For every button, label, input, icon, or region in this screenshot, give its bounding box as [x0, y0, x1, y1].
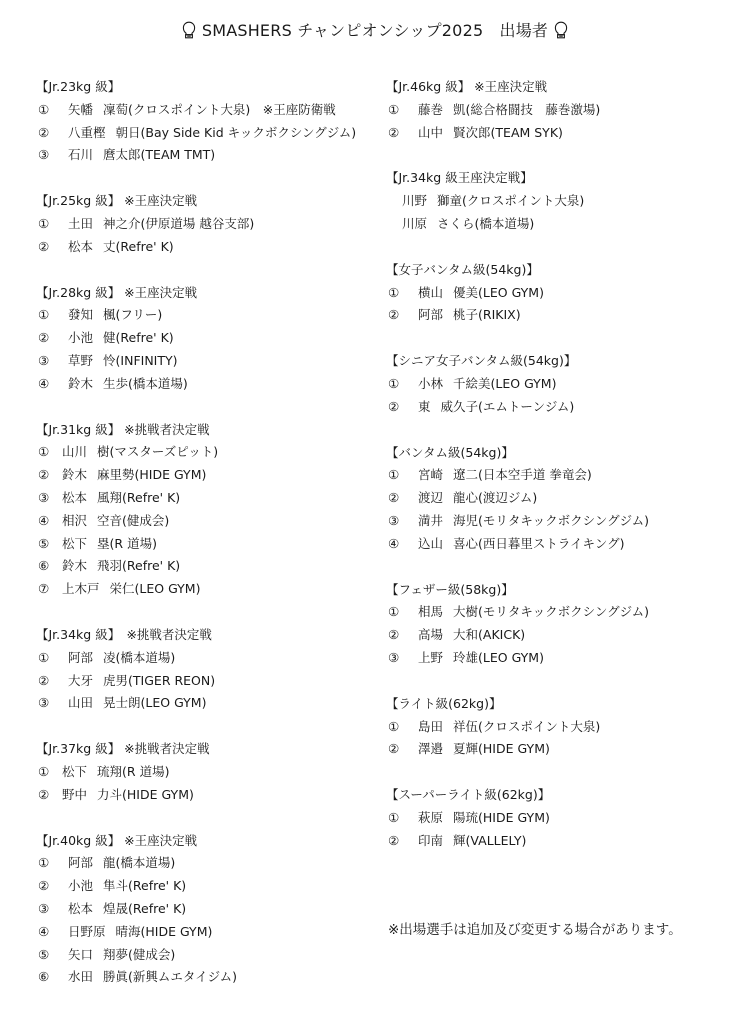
fighter-given-name: 樹: [97, 444, 110, 459]
fighter-entry: ①藤巻凱(総合格闘技 藤巻激場): [386, 99, 726, 122]
fighter-given-name: 桃子: [453, 307, 478, 322]
fighter-name: 阿部龍(橋本道場): [68, 852, 175, 875]
fighter-given-name: 煌晟: [103, 901, 128, 916]
fighter-name: 小池健(Refre' K): [68, 327, 174, 350]
fighter-given-name: 力斗: [97, 787, 122, 802]
fighter-team: (LEO GYM): [478, 285, 544, 300]
fighter-entry: ②高場大和(AKICK): [386, 624, 726, 647]
fighter-given-name: 隼斗: [103, 878, 128, 893]
entry-number: ①: [36, 761, 62, 784]
fighter-name: 藤巻凱(総合格闘技 藤巻激場): [418, 99, 600, 122]
weight-class-heading: 【Jr.23kg 級】: [36, 76, 381, 99]
fighter-surname: 土田: [68, 216, 93, 231]
fighter-name: 阿部凌(橋本道場): [68, 647, 175, 670]
fighter-surname: 小池: [68, 878, 93, 893]
fighter-team: (VALLELY): [466, 833, 527, 848]
fighter-name: 島田祥伍(クロスポイント大泉): [418, 716, 600, 739]
weight-class-heading: 【Jr.34kg 級王座決定戦】: [386, 167, 726, 190]
fighter-given-name: 飛羽: [97, 558, 122, 573]
fighter-name: 矢幡凜萄(クロスポイント大泉) ※王座防衛戦: [68, 99, 336, 122]
fighter-team: (日本空手道 拳竜会): [478, 467, 592, 482]
weight-class-section: 【シニア女子バンタム級(54kg)】①小林千絵美(LEO GYM)②東威久子(エ…: [386, 350, 726, 418]
fighter-given-name: 健: [103, 330, 116, 345]
weight-class-heading: 【スーパーライト級(62kg)】: [386, 784, 726, 807]
fighter-given-name: 凌: [103, 650, 116, 665]
entry-number: ②: [386, 738, 418, 761]
page-title-text: SMASHERS チャンピオンシップ2025 出場者: [202, 18, 548, 41]
fighter-given-name: 龍心: [453, 490, 478, 505]
fighter-team: (HIDE GYM): [478, 741, 550, 756]
fighter-name: 山中賢次郎(TEAM SYK): [418, 122, 563, 145]
weight-class-heading: 【Jr.46kg 級】 ※王座決定戦: [386, 76, 726, 99]
entry-number: ①: [36, 99, 68, 122]
fighter-given-name: 虎男: [103, 673, 128, 688]
fighter-team: (INFINITY): [116, 353, 178, 368]
fighter-name: 鈴木生歩(橋本道場): [68, 373, 188, 396]
boxing-glove-icon: [554, 21, 568, 39]
entry-number: ②: [36, 875, 68, 898]
fighter-surname: 東: [418, 399, 431, 414]
weight-class-heading: 【Jr.34kg 級】 ※挑戦者決定戦: [36, 624, 381, 647]
fighter-entry: ①横山優美(LEO GYM): [386, 282, 726, 305]
fighter-name: 山川樹(マスターズピット): [62, 441, 218, 464]
fighter-team: (LEO GYM): [491, 376, 557, 391]
fighter-team: (HIDE GYM): [122, 787, 194, 802]
fighter-surname: 阿部: [68, 650, 93, 665]
fighter-given-name: 晃士朗: [103, 695, 141, 710]
fighter-entry: ②東威久子(エムトーンジム): [386, 396, 726, 419]
fighter-name: 横山優美(LEO GYM): [418, 282, 544, 305]
fighter-given-name: 獅童: [437, 193, 462, 208]
fighter-team: (TEAM SYK): [491, 125, 563, 140]
fighter-team: (橋本道場): [116, 855, 176, 870]
fighter-name: 高場大和(AKICK): [418, 624, 525, 647]
fighter-entry: ②八重樫朝日(Bay Side Kid キックボクシングジム): [36, 122, 381, 145]
fighter-name: 上野玲雄(LEO GYM): [418, 647, 544, 670]
fighter-entry: ③草野怜(INFINITY): [36, 350, 381, 373]
entry-number: ②: [386, 304, 418, 327]
fighter-given-name: 栄仁: [110, 581, 135, 596]
fighter-entry: ②大牙虎男(TIGER REON): [36, 670, 381, 693]
fighter-team: (橋本道場): [116, 650, 176, 665]
page-title: SMASHERS チャンピオンシップ2025 出場者: [0, 18, 750, 41]
fighter-surname: 阿部: [68, 855, 93, 870]
fighter-given-name: 朝日: [116, 125, 141, 140]
fighter-name: 松本煌晟(Refre' K): [68, 898, 186, 921]
entry-number: ⑤: [36, 533, 62, 556]
fighter-entry: ⑤松下塁(R 道場): [36, 533, 381, 556]
weight-class-section: 【フェザー級(58kg)】①相馬大樹(モリタキックボクシングジム)②高場大和(A…: [386, 579, 726, 670]
fighter-entry: ③上野玲雄(LEO GYM): [386, 647, 726, 670]
entry-number: ③: [36, 144, 68, 167]
entry-number: ①: [386, 282, 418, 305]
fighter-entry: ①松下琉翔(R 道場): [36, 761, 381, 784]
entry-number: ②: [36, 236, 68, 259]
fighter-entry: ⑥鈴木飛羽(Refre' K): [36, 555, 381, 578]
weight-class-section: 【Jr.37kg 級】 ※挑戦者決定戦①松下琉翔(R 道場)②野中力斗(HIDE…: [36, 738, 381, 806]
fighter-name: 印南輝(VALLELY): [418, 830, 526, 853]
fighter-surname: 草野: [68, 353, 93, 368]
fighter-surname: 渡辺: [418, 490, 443, 505]
fighter-given-name: 賢次郎: [453, 125, 491, 140]
weight-class-heading: 【シニア女子バンタム級(54kg)】: [386, 350, 726, 373]
weight-class-section: 【女子バンタム級(54kg)】①横山優美(LEO GYM)②阿部桃子(RIKIX…: [386, 259, 726, 327]
fighter-entry: ①土田神之介(伊原道場 越谷支部): [36, 213, 381, 236]
fighter-name: 上木戸栄仁(LEO GYM): [62, 578, 200, 601]
fighter-entry: ①山川樹(マスターズピット): [36, 441, 381, 464]
fighter-team: (R 道場): [110, 536, 157, 551]
fighter-entry: ①萩原陽琉(HIDE GYM): [386, 807, 726, 830]
fighter-given-name: 晴海: [116, 924, 141, 939]
entry-number: ②: [386, 624, 418, 647]
fighter-team: (HIDE GYM): [141, 924, 213, 939]
entry-number: ④: [36, 510, 62, 533]
fighter-entry: ①島田祥伍(クロスポイント大泉): [386, 716, 726, 739]
fighter-team: (TIGER REON): [128, 673, 215, 688]
fighter-surname: 發知: [68, 307, 93, 322]
fighter-surname: 矢幡: [68, 102, 93, 117]
weight-class-section: 【Jr.23kg 級】①矢幡凜萄(クロスポイント大泉) ※王座防衛戦②八重樫朝日…: [36, 76, 381, 167]
fighter-entry: ⑤矢口翔夢(健成会): [36, 944, 381, 967]
fighter-team: (Refre' K): [128, 878, 186, 893]
fighter-given-name: 琉翔: [97, 764, 122, 779]
entry-number: ②: [386, 396, 418, 419]
entry-number: ⑥: [36, 966, 68, 989]
right-column: 【Jr.46kg 級】 ※王座決定戦①藤巻凱(総合格闘技 藤巻激場)②山中賢次郎…: [386, 76, 726, 876]
fighter-name: 山田晃士朗(LEO GYM): [68, 692, 206, 715]
weight-class-section: 【Jr.25kg 級】 ※王座決定戦①土田神之介(伊原道場 越谷支部)②松本丈(…: [36, 190, 381, 258]
fighter-given-name: 丈: [103, 239, 116, 254]
fighter-team: (Refre' K): [116, 330, 174, 345]
fighter-surname: 相馬: [418, 604, 443, 619]
fighter-entry: ④相沢空音(健成会): [36, 510, 381, 533]
fighter-name: 宮崎遼二(日本空手道 拳竜会): [418, 464, 592, 487]
boxing-glove-icon: [182, 21, 196, 39]
fighter-team: (マスターズピット): [110, 444, 219, 459]
weight-class-section: 【ライト級(62kg)】①島田祥伍(クロスポイント大泉)②澤邉夏輝(HIDE G…: [386, 693, 726, 761]
fighter-name: 小林千絵美(LEO GYM): [418, 373, 556, 396]
fighter-entry: 川原さくら(橋本道場): [386, 213, 726, 236]
fighter-given-name: 陽琉: [453, 810, 478, 825]
fighter-surname: 野中: [62, 787, 87, 802]
fighter-surname: 鈴木: [62, 558, 87, 573]
fighter-name: 渡辺龍心(渡辺ジム): [418, 487, 537, 510]
entry-number: ①: [36, 647, 68, 670]
fighter-surname: 鈴木: [68, 376, 93, 391]
fighter-surname: 山田: [68, 695, 93, 710]
fighter-given-name: 空音: [97, 513, 122, 528]
entry-number: ③: [36, 898, 68, 921]
fighter-entry: ③山田晃士朗(LEO GYM): [36, 692, 381, 715]
fighter-entry: ④込山喜心(西日暮里ストライキング): [386, 533, 726, 556]
fighter-given-name: 威久子: [441, 399, 479, 414]
fighter-entry: ③石川麿太郎(TEAM TMT): [36, 144, 381, 167]
fighter-given-name: 塁: [97, 536, 110, 551]
fighter-entry: ⑦上木戸栄仁(LEO GYM): [36, 578, 381, 601]
fighter-given-name: 凜萄: [103, 102, 128, 117]
entry-number: ②: [36, 784, 62, 807]
fighter-surname: 鈴木: [62, 467, 87, 482]
left-column: 【Jr.23kg 級】①矢幡凜萄(クロスポイント大泉) ※王座防衛戦②八重樫朝日…: [36, 76, 381, 1012]
fighter-surname: 藤巻: [418, 102, 443, 117]
weight-class-heading: 【女子バンタム級(54kg)】: [386, 259, 726, 282]
fighter-name: 川野獅童(クロスポイント大泉): [402, 190, 584, 213]
fighter-team: (クロスポイント大泉) ※王座防衛戦: [128, 102, 336, 117]
fighter-name: 萩原陽琉(HIDE GYM): [418, 807, 550, 830]
fighter-name: 土田神之介(伊原道場 越谷支部): [68, 213, 254, 236]
fighter-entry: ①阿部凌(橋本道場): [36, 647, 381, 670]
entry-number: ③: [386, 510, 418, 533]
fighter-team: (健成会): [122, 513, 169, 528]
fighter-team: (新興ムエタイジム): [128, 969, 237, 984]
fighter-entry: ⑥水田勝眞(新興ムエタイジム): [36, 966, 381, 989]
fighter-entry: ①發知楓(フリー): [36, 304, 381, 327]
fighter-name: 松本丈(Refre' K): [68, 236, 174, 259]
fighter-entry: ①宮崎遼二(日本空手道 拳竜会): [386, 464, 726, 487]
fighter-surname: 上野: [418, 650, 443, 665]
fighter-entry: ②松本丈(Refre' K): [36, 236, 381, 259]
fighter-surname: 日野原: [68, 924, 106, 939]
fighter-entry: 川野獅童(クロスポイント大泉): [386, 190, 726, 213]
fighter-surname: 八重樫: [68, 125, 106, 140]
entry-number: ③: [36, 692, 68, 715]
entry-number: ②: [386, 122, 418, 145]
weight-class-heading: 【Jr.25kg 級】 ※王座決定戦: [36, 190, 381, 213]
fighter-given-name: 風翔: [97, 490, 122, 505]
fighter-team: (LEO GYM): [141, 695, 207, 710]
fighter-given-name: さくら: [437, 216, 475, 231]
fighter-name: 野中力斗(HIDE GYM): [62, 784, 194, 807]
entry-number: ①: [386, 601, 418, 624]
entry-number: ①: [36, 304, 68, 327]
fighter-given-name: 麿太郎: [103, 147, 141, 162]
entry-number: ③: [36, 350, 68, 373]
fighter-entry: ②小池隼斗(Refre' K): [36, 875, 381, 898]
fighter-name: 小池隼斗(Refre' K): [68, 875, 186, 898]
fighter-team: (HIDE GYM): [478, 810, 550, 825]
weight-class-section: 【Jr.40kg 級】 ※王座決定戦①阿部龍(橋本道場)②小池隼斗(Refre'…: [36, 830, 381, 990]
fighter-surname: 萩原: [418, 810, 443, 825]
fighter-team: (AKICK): [478, 627, 525, 642]
fighter-team: (伊原道場 越谷支部): [141, 216, 255, 231]
fighter-surname: 澤邉: [418, 741, 443, 756]
entry-number: ②: [386, 830, 418, 853]
fighter-surname: 川原: [402, 216, 427, 231]
fighter-given-name: 龍: [103, 855, 116, 870]
entry-number: ①: [386, 373, 418, 396]
fighter-surname: 高場: [418, 627, 443, 642]
weight-class-heading: 【Jr.37kg 級】 ※挑戦者決定戦: [36, 738, 381, 761]
entry-number: ①: [36, 441, 62, 464]
fighter-name: 水田勝眞(新興ムエタイジム): [68, 966, 237, 989]
fighter-given-name: 生歩: [103, 376, 128, 391]
fighter-surname: 松本: [62, 490, 87, 505]
fighter-team: (RIKIX): [478, 307, 521, 322]
fighter-surname: 山川: [62, 444, 87, 459]
entry-number: ②: [36, 327, 68, 350]
fighter-given-name: 玲雄: [453, 650, 478, 665]
fighter-name: 大牙虎男(TIGER REON): [68, 670, 215, 693]
fighter-name: 日野原晴海(HIDE GYM): [68, 921, 212, 944]
fighter-entry: ②鈴木麻里勢(HIDE GYM): [36, 464, 381, 487]
weight-class-heading: 【フェザー級(58kg)】: [386, 579, 726, 602]
fighter-surname: 込山: [418, 536, 443, 551]
weight-class-section: 【Jr.31kg 級】 ※挑戦者決定戦①山川樹(マスターズピット)②鈴木麻里勢(…: [36, 419, 381, 601]
notice-text: ※出場選手は追加及び変更する場合があります。: [388, 918, 682, 938]
fighter-name: 松本風翔(Refre' K): [62, 487, 180, 510]
fighter-name: 石川麿太郎(TEAM TMT): [68, 144, 215, 167]
fighter-given-name: 千絵美: [453, 376, 491, 391]
fighter-surname: 島田: [418, 719, 443, 734]
fighter-team: (エムトーンジム): [478, 399, 574, 414]
fighter-entry: ②野中力斗(HIDE GYM): [36, 784, 381, 807]
fighter-team: (西日暮里ストライキング): [478, 536, 625, 551]
fighter-team: (クロスポイント大泉): [462, 193, 584, 208]
weight-class-section: 【バンタム級(54kg)】①宮崎遼二(日本空手道 拳竜会)②渡辺龍心(渡辺ジム)…: [386, 442, 726, 556]
fighter-entry: ②小池健(Refre' K): [36, 327, 381, 350]
entry-number: ③: [386, 647, 418, 670]
entry-number: ③: [36, 487, 62, 510]
fighter-team: (LEO GYM): [478, 650, 544, 665]
fighter-team: (Refre' K): [128, 901, 186, 916]
weight-class-heading: 【バンタム級(54kg)】: [386, 442, 726, 465]
fighter-name: 相沢空音(健成会): [62, 510, 169, 533]
weight-class-section: 【スーパーライト級(62kg)】①萩原陽琉(HIDE GYM)②印南輝(VALL…: [386, 784, 726, 852]
fighter-name: 鈴木飛羽(Refre' K): [62, 555, 180, 578]
fighter-team: (渡辺ジム): [478, 490, 537, 505]
fighter-name: 東威久子(エムトーンジム): [418, 396, 574, 419]
fighter-entry: ②澤邉夏輝(HIDE GYM): [386, 738, 726, 761]
fighter-surname: 矢口: [68, 947, 93, 962]
fighter-given-name: 怜: [103, 353, 116, 368]
fighter-surname: 松下: [62, 536, 87, 551]
weight-class-heading: 【Jr.31kg 級】 ※挑戦者決定戦: [36, 419, 381, 442]
fighter-given-name: 楓: [103, 307, 116, 322]
entry-number: ①: [36, 852, 68, 875]
fighter-surname: 印南: [418, 833, 443, 848]
entry-number: ②: [36, 670, 68, 693]
fighter-given-name: 喜心: [453, 536, 478, 551]
fighter-given-name: 大樹: [453, 604, 478, 619]
fighter-entry: ④日野原晴海(HIDE GYM): [36, 921, 381, 944]
entry-number: ④: [36, 921, 68, 944]
fighter-given-name: 麻里勢: [97, 467, 135, 482]
fighter-team: (R 道場): [122, 764, 169, 779]
fighter-team: (モリタキックボクシングジム): [478, 604, 649, 619]
entry-number: ②: [36, 122, 68, 145]
fighter-name: 澤邉夏輝(HIDE GYM): [418, 738, 550, 761]
weight-class-section: 【Jr.28kg 級】 ※王座決定戦①發知楓(フリー)②小池健(Refre' K…: [36, 282, 381, 396]
fighter-team: (LEO GYM): [135, 581, 201, 596]
fighter-surname: 川野: [402, 193, 427, 208]
fighter-given-name: 海児: [453, 513, 478, 528]
fighter-surname: 大牙: [68, 673, 93, 688]
entry-number: ④: [36, 373, 68, 396]
entry-number: ②: [386, 487, 418, 510]
fighter-entry: ②阿部桃子(RIKIX): [386, 304, 726, 327]
entry-number: ①: [386, 807, 418, 830]
fighter-name: 満井海児(モリタキックボクシングジム): [418, 510, 649, 533]
fighter-entry: ③松本風翔(Refre' K): [36, 487, 381, 510]
entry-number: ④: [386, 533, 418, 556]
fighter-surname: 松下: [62, 764, 87, 779]
fighter-given-name: 祥伍: [453, 719, 478, 734]
fighter-entry: ③満井海児(モリタキックボクシングジム): [386, 510, 726, 533]
fighter-entry: ②渡辺龍心(渡辺ジム): [386, 487, 726, 510]
fighter-entry: ①小林千絵美(LEO GYM): [386, 373, 726, 396]
fighter-surname: 阿部: [418, 307, 443, 322]
fighter-team: (Refre' K): [116, 239, 174, 254]
fighter-team: (フリー): [116, 307, 163, 322]
fighter-name: 鈴木麻里勢(HIDE GYM): [62, 464, 206, 487]
weight-class-heading: 【ライト級(62kg)】: [386, 693, 726, 716]
entry-number: ①: [36, 213, 68, 236]
weight-class-section: 【Jr.46kg 級】 ※王座決定戦①藤巻凱(総合格闘技 藤巻激場)②山中賢次郎…: [386, 76, 726, 144]
weight-class-heading: 【Jr.28kg 級】 ※王座決定戦: [36, 282, 381, 305]
fighter-surname: 満井: [418, 513, 443, 528]
fighter-given-name: 輝: [453, 833, 466, 848]
fighter-surname: 山中: [418, 125, 443, 140]
fighter-team: (TEAM TMT): [141, 147, 216, 162]
fighter-entry: ②印南輝(VALLELY): [386, 830, 726, 853]
weight-class-section: 【Jr.34kg 級王座決定戦】川野獅童(クロスポイント大泉)川原さくら(橋本道…: [386, 167, 726, 235]
fighter-name: 川原さくら(橋本道場): [402, 213, 534, 236]
fighter-name: 松下塁(R 道場): [62, 533, 157, 556]
fighter-team: (クロスポイント大泉): [478, 719, 600, 734]
fighter-given-name: 大和: [453, 627, 478, 642]
fighter-name: 阿部桃子(RIKIX): [418, 304, 521, 327]
fighter-name: 草野怜(INFINITY): [68, 350, 178, 373]
fighter-given-name: 遼二: [453, 467, 478, 482]
fighter-surname: 水田: [68, 969, 93, 984]
fighter-entry: ①矢幡凜萄(クロスポイント大泉) ※王座防衛戦: [36, 99, 381, 122]
fighter-team: (Refre' K): [122, 490, 180, 505]
fighter-surname: 相沢: [62, 513, 87, 528]
fighter-name: 矢口翔夢(健成会): [68, 944, 175, 967]
entry-number: ①: [386, 716, 418, 739]
fighter-given-name: 優美: [453, 285, 478, 300]
fighter-surname: 上木戸: [62, 581, 100, 596]
fighter-entry: ④鈴木生歩(橋本道場): [36, 373, 381, 396]
fighter-team: (Bay Side Kid キックボクシングジム): [141, 125, 357, 140]
entry-number: ①: [386, 99, 418, 122]
fighter-entry: ①阿部龍(橋本道場): [36, 852, 381, 875]
fighter-team: (健成会): [128, 947, 175, 962]
entry-number: ①: [386, 464, 418, 487]
fighter-entry: ②山中賢次郎(TEAM SYK): [386, 122, 726, 145]
fighter-team: (橋本道場): [475, 216, 535, 231]
fighter-team: (Refre' K): [122, 558, 180, 573]
fighter-name: 松下琉翔(R 道場): [62, 761, 169, 784]
fighter-given-name: 翔夢: [103, 947, 128, 962]
fighter-given-name: 凱: [453, 102, 466, 117]
entry-number: ⑥: [36, 555, 62, 578]
fighter-team: (総合格闘技 藤巻激場): [466, 102, 601, 117]
fighter-name: 發知楓(フリー): [68, 304, 162, 327]
fighter-surname: 松本: [68, 901, 93, 916]
fighter-team: (HIDE GYM): [135, 467, 207, 482]
fighter-given-name: 夏輝: [453, 741, 478, 756]
fighter-surname: 横山: [418, 285, 443, 300]
fighter-surname: 松本: [68, 239, 93, 254]
weight-class-section: 【Jr.34kg 級】 ※挑戦者決定戦①阿部凌(橋本道場)②大牙虎男(TIGER…: [36, 624, 381, 715]
fighter-surname: 小池: [68, 330, 93, 345]
fighter-surname: 宮崎: [418, 467, 443, 482]
fighter-team: (モリタキックボクシングジム): [478, 513, 649, 528]
fighter-surname: 石川: [68, 147, 93, 162]
weight-class-heading: 【Jr.40kg 級】 ※王座決定戦: [36, 830, 381, 853]
entry-number: ⑦: [36, 578, 62, 601]
